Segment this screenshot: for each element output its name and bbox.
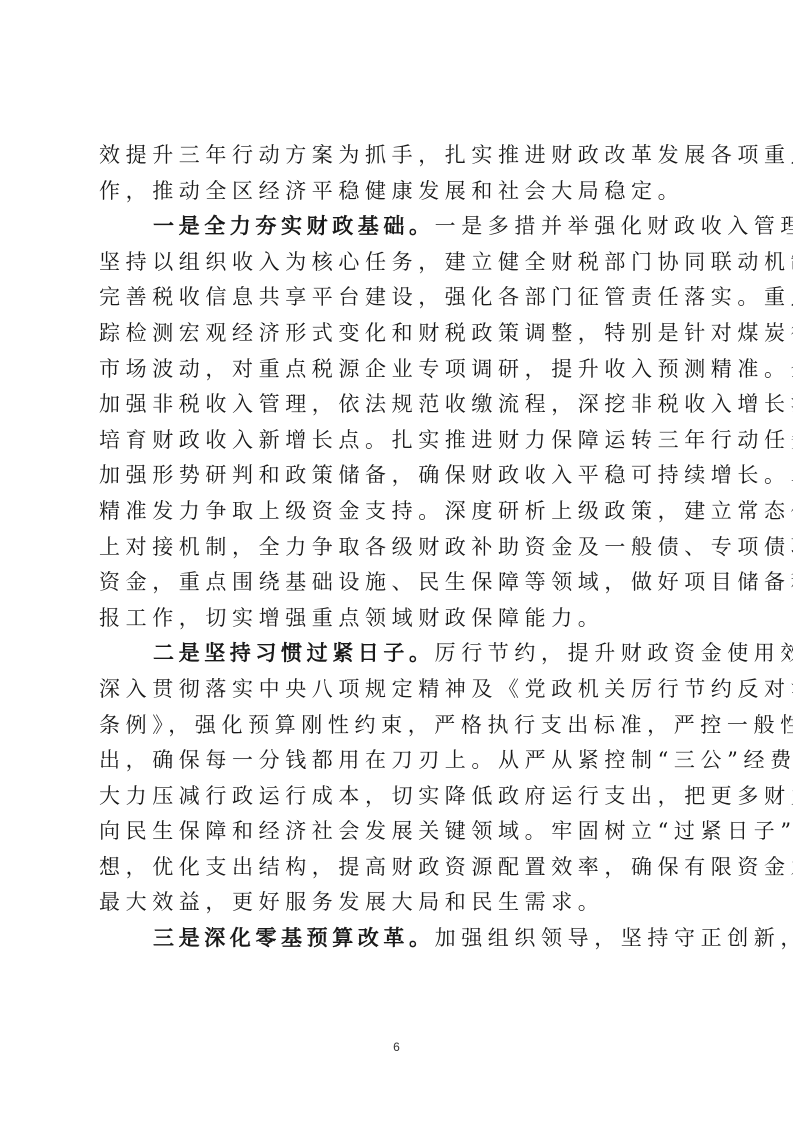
document-page: 效提升三年行动方案为抓手，扎实推进财政改革发展各项重点工 作，推动全区经济平稳健… <box>0 0 793 1122</box>
text-line: 踪检测宏观经济形式变化和财税政策调整，特别是针对煤炭行业 <box>99 316 699 352</box>
text-run: 向民生保障和经济社会发展关键领域。牢固树立“过紧日子”思 <box>99 819 793 843</box>
text-run: 加强形势研判和政策储备，确保财政收入平稳可持续增长。二是 <box>99 463 793 487</box>
text-run: 培育财政收入新增长点。扎实推进财力保障运转三年行动任务， <box>99 428 793 452</box>
text-line: 加强非税收入管理，依法规范收缴流程，深挖非税收入增长潜力， <box>99 387 699 423</box>
text-run: 最大效益，更好服务发展大局和民生需求。 <box>99 890 604 914</box>
text-run: 加强组织领导，坚持守正创新，全 <box>435 926 793 950</box>
text-line: 资金，重点围绕基础设施、民生保障等领域，做好项目储备和申 <box>99 565 699 601</box>
text-run: 报工作，切实增强重点领域财政保障能力。 <box>99 606 604 630</box>
text-run: 加强非税收入管理，依法规范收缴流程，深挖非税收入增长潜力， <box>99 392 793 416</box>
text-line: 坚持以组织收入为核心任务，建立健全财税部门协同联动机制， <box>99 245 699 281</box>
text-run: 效提升三年行动方案为抓手，扎实推进财政改革发展各项重点工 <box>99 143 793 167</box>
body-text: 效提升三年行动方案为抓手，扎实推进财政改革发展各项重点工 作，推动全区经济平稳健… <box>99 138 699 957</box>
text-run: 一是多措并举强化财政收入管理。 <box>435 214 793 238</box>
text-run: 精准发力争取上级资金支持。深度研析上级政策，建立常态化向 <box>99 499 793 523</box>
text-run: 踪检测宏观经济形式变化和财税政策调整，特别是针对煤炭行业 <box>99 321 793 345</box>
text-line: 作，推动全区经济平稳健康发展和社会大局稳定。 <box>99 174 699 210</box>
text-line: 出，确保每一分钱都用在刀刃上。从严从紧控制“三公”经费， <box>99 743 699 779</box>
text-run: 市场波动，对重点税源企业专项调研，提升收入预测精准。全面 <box>99 357 793 381</box>
text-line: 大力压减行政运行成本，切实降低政府运行支出，把更多财力投 <box>99 779 699 815</box>
text-run: 资金，重点围绕基础设施、民生保障等领域，做好项目储备和申 <box>99 570 793 594</box>
text-line: 完善税收信息共享平台建设，强化各部门征管责任落实。重点跟 <box>99 280 699 316</box>
text-run: 上对接机制，全力争取各级财政补助资金及一般债、专项债项目 <box>99 535 793 559</box>
text-line: 培育财政收入新增长点。扎实推进财力保障运转三年行动任务， <box>99 423 699 459</box>
text-run: 深入贯彻落实中央八项规定精神及《党政机关厉行节约反对浪费 <box>99 677 793 701</box>
text-line: 市场波动，对重点税源企业专项调研，提升收入预测精准。全面 <box>99 352 699 388</box>
text-line: 精准发力争取上级资金支持。深度研析上级政策，建立常态化向 <box>99 494 699 530</box>
text-line: 向民生保障和经济社会发展关键领域。牢固树立“过紧日子”思 <box>99 814 699 850</box>
text-run: 大力压减行政运行成本，切实降低政府运行支出，把更多财力投 <box>99 784 793 808</box>
section-heading-1: 一是全力夯实财政基础。 <box>153 214 435 238</box>
text-run: 坚持以组织收入为核心任务，建立健全财税部门协同联动机制， <box>99 250 793 274</box>
text-run: 条例》，强化预算刚性约束，严格执行支出标准，严控一般性支 <box>99 713 793 737</box>
text-line: 加强形势研判和政策储备，确保财政收入平稳可持续增长。二是 <box>99 458 699 494</box>
text-run: 出，确保每一分钱都用在刀刃上。从严从紧控制“三公”经费， <box>99 748 793 772</box>
text-line: 报工作，切实增强重点领域财政保障能力。 <box>99 601 699 637</box>
text-line: 一是全力夯实财政基础。一是多措并举强化财政收入管理。 <box>99 209 699 245</box>
text-line: 条例》，强化预算刚性约束，严格执行支出标准，严控一般性支 <box>99 708 699 744</box>
text-line: 最大效益，更好服务发展大局和民生需求。 <box>99 885 699 921</box>
text-line: 二是坚持习惯过紧日子。厉行节约，提升财政资金使用效益。 <box>99 636 699 672</box>
text-run: 作，推动全区经济平稳健康发展和社会大局稳定。 <box>99 179 684 203</box>
text-line: 想，优化支出结构，提高财政资源配置效率，确保有限资金发挥 <box>99 850 699 886</box>
text-line: 效提升三年行动方案为抓手，扎实推进财政改革发展各项重点工 <box>99 138 699 174</box>
text-line: 深入贯彻落实中央八项规定精神及《党政机关厉行节约反对浪费 <box>99 672 699 708</box>
section-heading-3: 三是深化零基预算改革。 <box>153 926 435 950</box>
text-run: 厉行节约，提升财政资金使用效益。 <box>435 641 793 665</box>
text-line: 上对接机制，全力争取各级财政补助资金及一般债、专项债项目 <box>99 530 699 566</box>
page-number: 6 <box>0 1040 793 1054</box>
text-run: 完善税收信息共享平台建设，强化各部门征管责任落实。重点跟 <box>99 285 793 309</box>
text-run: 想，优化支出结构，提高财政资源配置效率，确保有限资金发挥 <box>99 855 793 879</box>
section-heading-2: 二是坚持习惯过紧日子。 <box>153 641 435 665</box>
text-line: 三是深化零基预算改革。加强组织领导，坚持守正创新，全 <box>99 921 699 957</box>
